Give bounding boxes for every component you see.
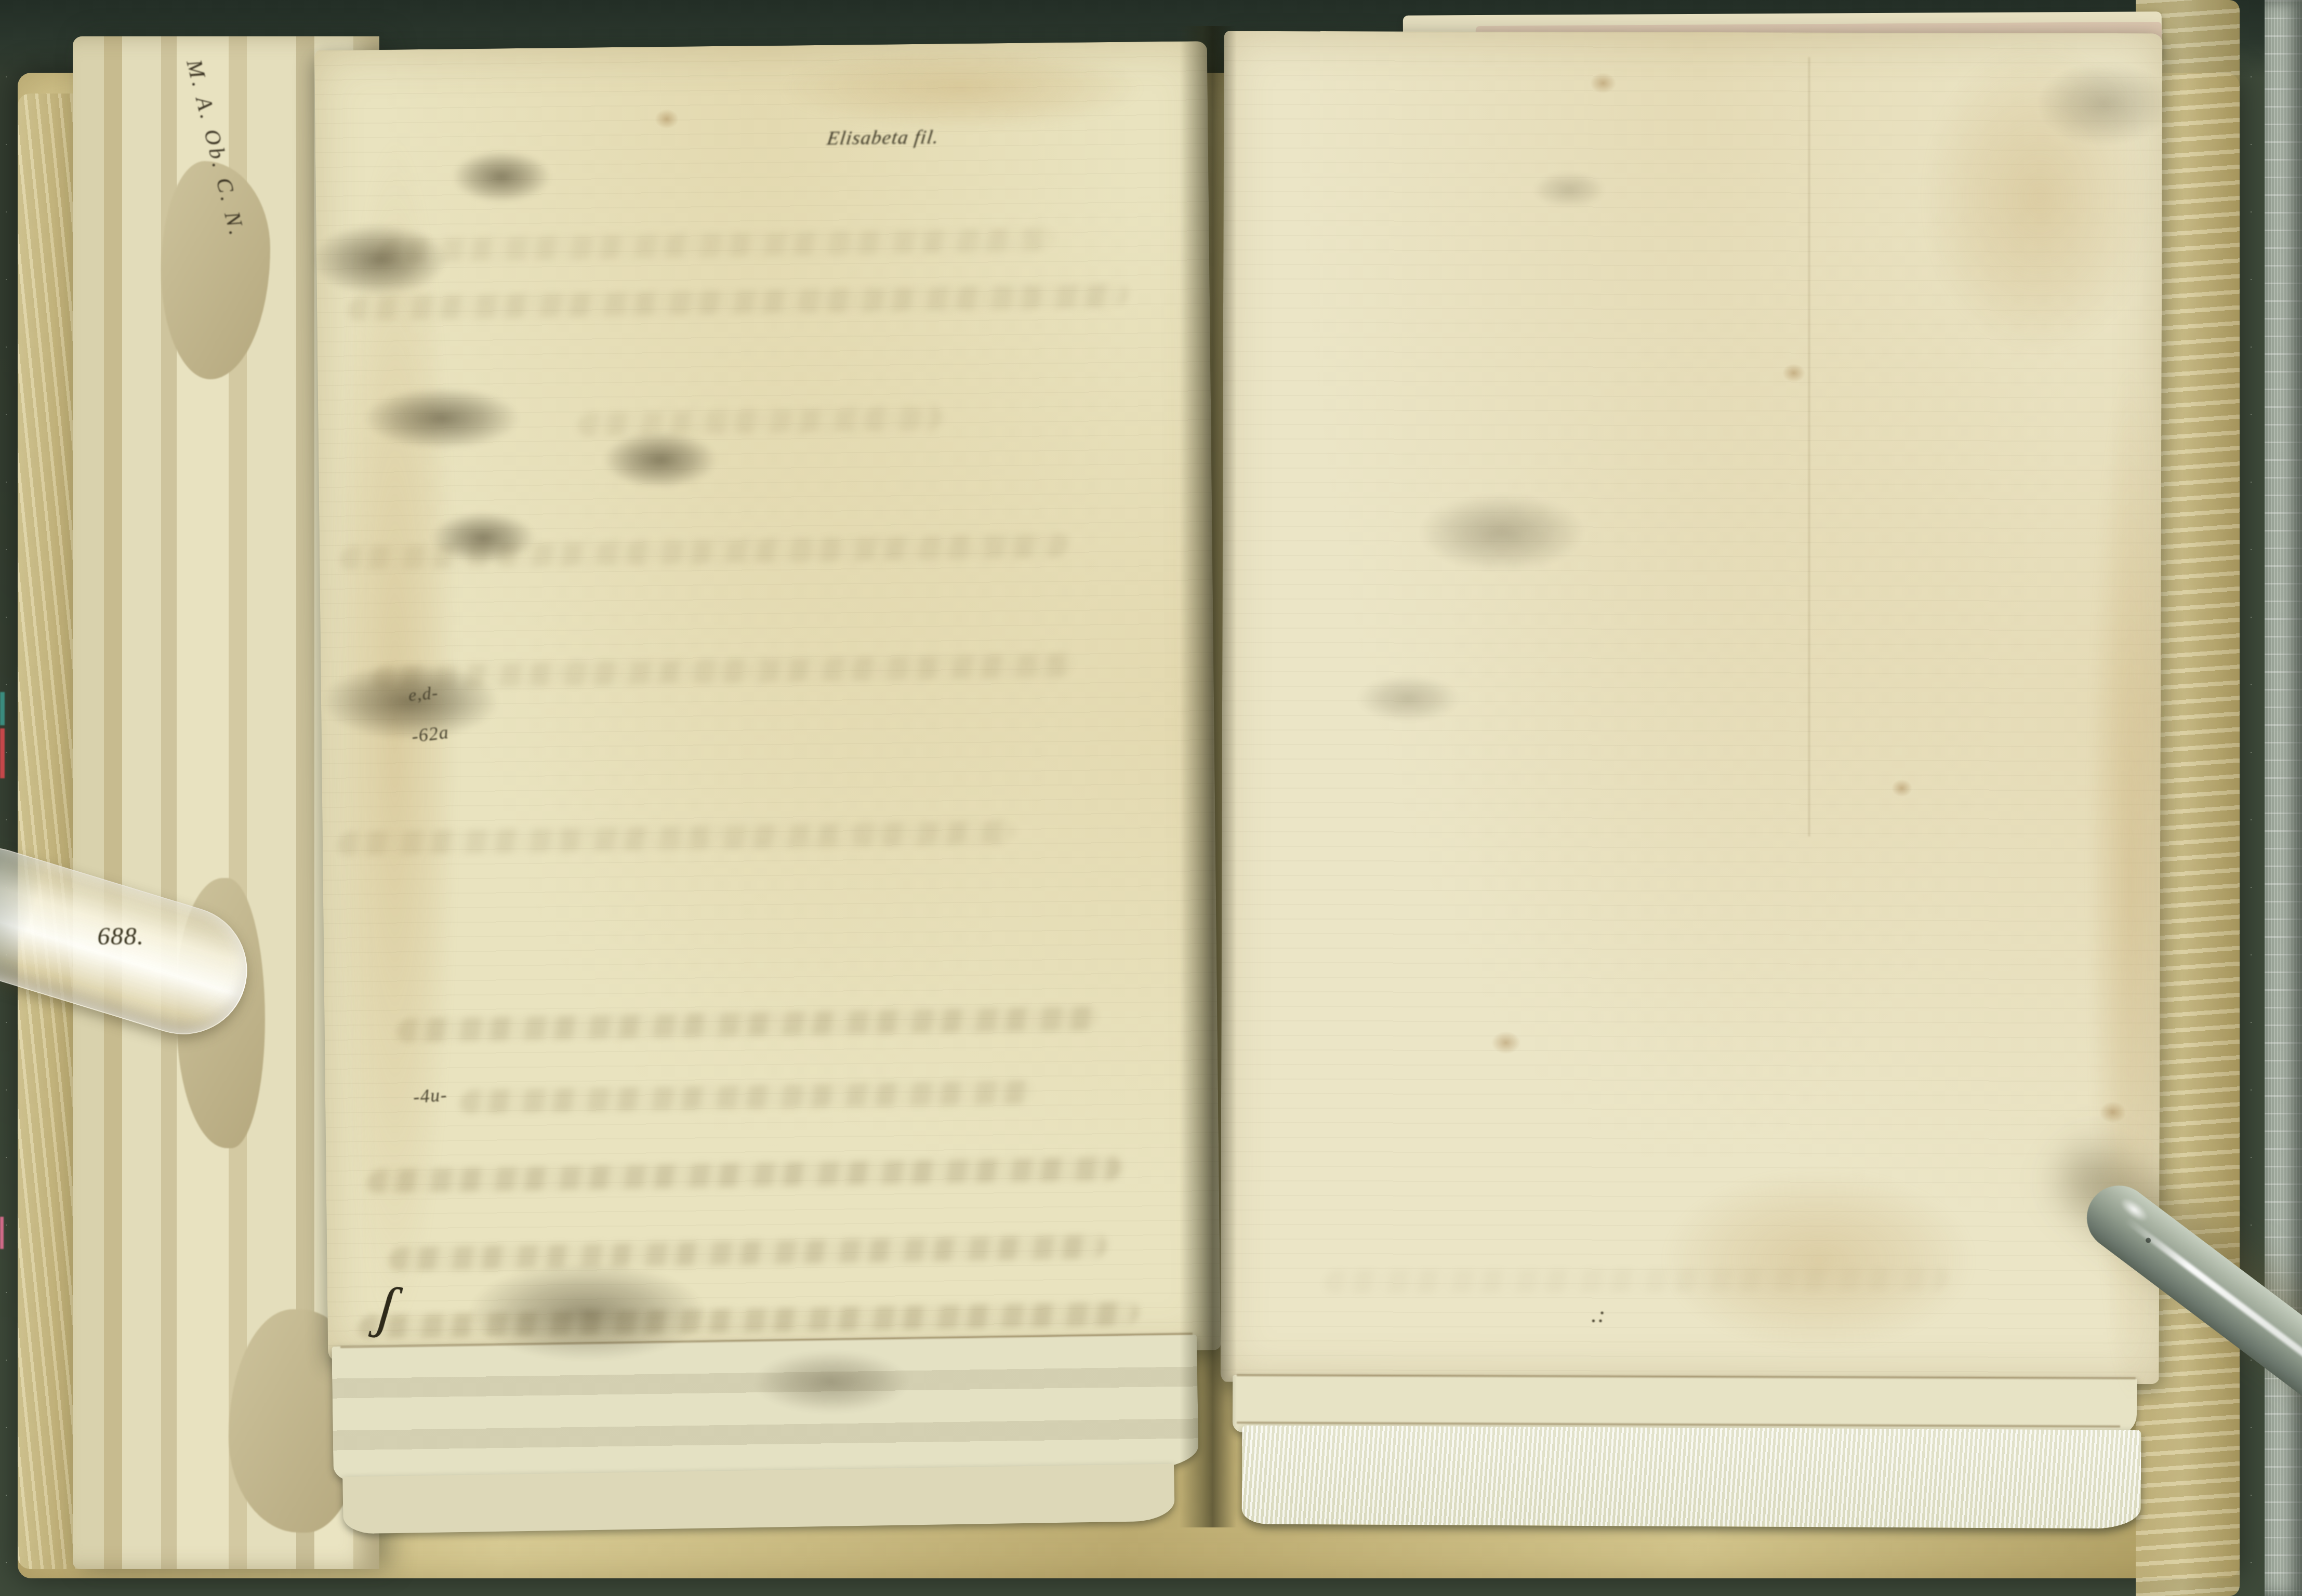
paper-stain [1663,1169,1975,1351]
specular-glint [2116,1194,2152,1226]
ink-bleed-ghost [388,1234,1108,1271]
foxing-spot [1782,364,1805,382]
margin-fragment: -4u- [413,1084,448,1108]
ink-blot [468,1262,707,1361]
ink-blot [312,223,447,296]
ink-bleed-ghost [459,1080,1034,1114]
ink-bleed-ghost [395,1006,1101,1043]
ink-bleed-ghost [366,1156,1123,1193]
stray-mark: .: [1591,1301,1606,1328]
paper-stain [779,47,1143,130]
underlying-leaf [332,1334,1198,1481]
foxing-spot [2099,1101,2126,1123]
ink-blot [1533,171,1606,208]
margin-fragment: -62a [411,721,451,747]
scan-edge-artifact [0,728,5,778]
ink-blot [603,431,717,488]
ink-blot [753,1351,909,1413]
ink-bleed-ghost [576,406,943,436]
ink-blot [431,512,535,564]
scan-edge-artifact [0,692,5,725]
ink-blot [1356,675,1460,722]
magnified-folio-number: 688. [97,922,144,951]
scan-edge-artifact [0,1217,4,1249]
foxing-spot [1590,73,1616,94]
paper-crease [1808,57,1810,836]
foxing-spot [1891,779,1912,797]
ink-bleed-ghost [377,228,1056,263]
ink-blot [1419,494,1585,571]
gutter-shadow [1180,26,1237,1527]
ink-blot [452,151,551,203]
ink-blot [2037,62,2172,145]
margin-fragment: e,d- [407,684,439,706]
ink-blot [364,387,520,449]
interleaving-tissue [1242,1425,2141,1528]
foxing-spot [655,109,679,129]
foxing-spot [1491,1031,1520,1054]
manuscript-scan: Elisabeta fil. [0,0,2302,1596]
ink-bleed-ghost [347,283,1130,321]
